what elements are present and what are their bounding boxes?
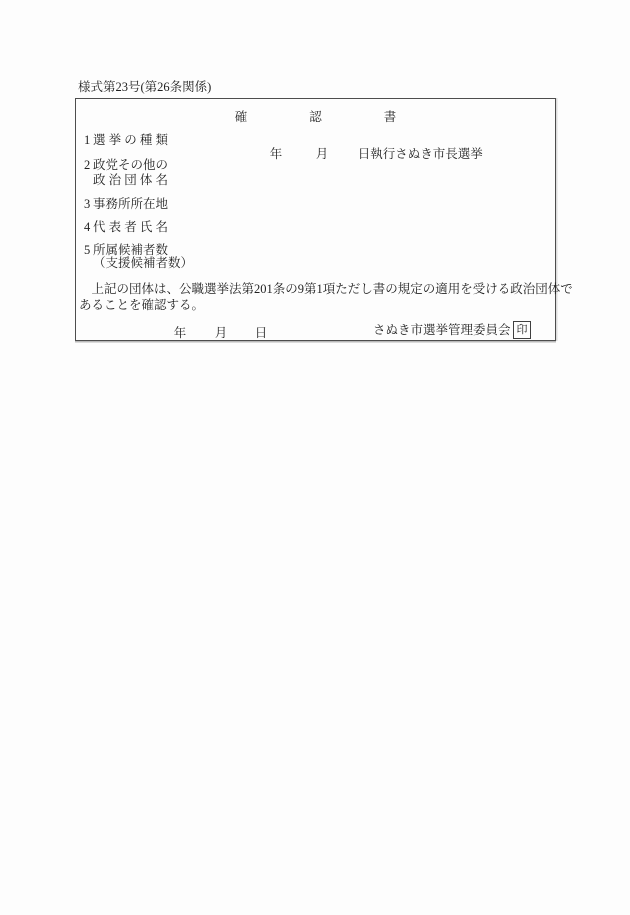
item-label-line2: （支援候補者数）: [93, 256, 193, 270]
confirmation-statement-line1: 上記の団体は、公職選挙法第201条の9第1項ただし書の規定の適用を受ける政治団体…: [79, 282, 573, 296]
item-5-row: 5 所属候補者数: [76, 243, 555, 257]
item-number: 4: [84, 220, 90, 234]
item-label: 所属候補者数: [93, 243, 168, 257]
item-4-row: 4 代 表 者 氏 名: [76, 220, 555, 234]
date-month-blank: 月: [215, 326, 228, 340]
date-blank-line: 年月日: [155, 312, 267, 354]
item-label: 代 表 者 氏 名: [93, 220, 168, 234]
item-5-row-line2: （支援候補者数）: [76, 256, 555, 270]
item-3-row: 3 事務所所在地: [76, 197, 555, 211]
title-char: 確: [235, 110, 248, 124]
item-2-row-line2: 政 治 団 体 名: [76, 173, 555, 187]
item-number: 2: [84, 158, 90, 172]
document-title: 確 認 書: [76, 110, 555, 124]
date-year-blank: 年: [174, 326, 187, 340]
item-label: 事務所所在地: [93, 197, 168, 211]
confirmation-form-box: 確 認 書 1 選 挙 の 種 類 年月日執行さぬき市長選挙 2 政党その他の …: [75, 98, 556, 341]
seal-mark: 印: [517, 325, 528, 336]
date-day-blank: 日: [255, 326, 268, 340]
seal-box: 印: [513, 321, 531, 339]
item-number: 3: [84, 197, 90, 211]
item-2-row: 2 政党その他の: [76, 158, 555, 172]
item-label: 選 挙 の 種 類: [93, 133, 168, 147]
item-label: 政党その他の: [93, 158, 168, 172]
title-char: 書: [384, 110, 397, 124]
form-number: 様式第23号(第26条関係): [78, 80, 211, 94]
item-number: 5: [84, 243, 90, 257]
confirmation-statement-line2: あることを確認する。: [79, 298, 204, 312]
item-number: 1: [84, 133, 90, 147]
title-char: 認: [309, 110, 322, 124]
document-page: 様式第23号(第26条関係) 確 認 書 1 選 挙 の 種 類 年月日執行さぬ…: [0, 0, 630, 915]
committee-name: さぬき市選挙管理委員会: [373, 323, 511, 337]
item-label-line2: 政 治 団 体 名: [93, 173, 168, 187]
